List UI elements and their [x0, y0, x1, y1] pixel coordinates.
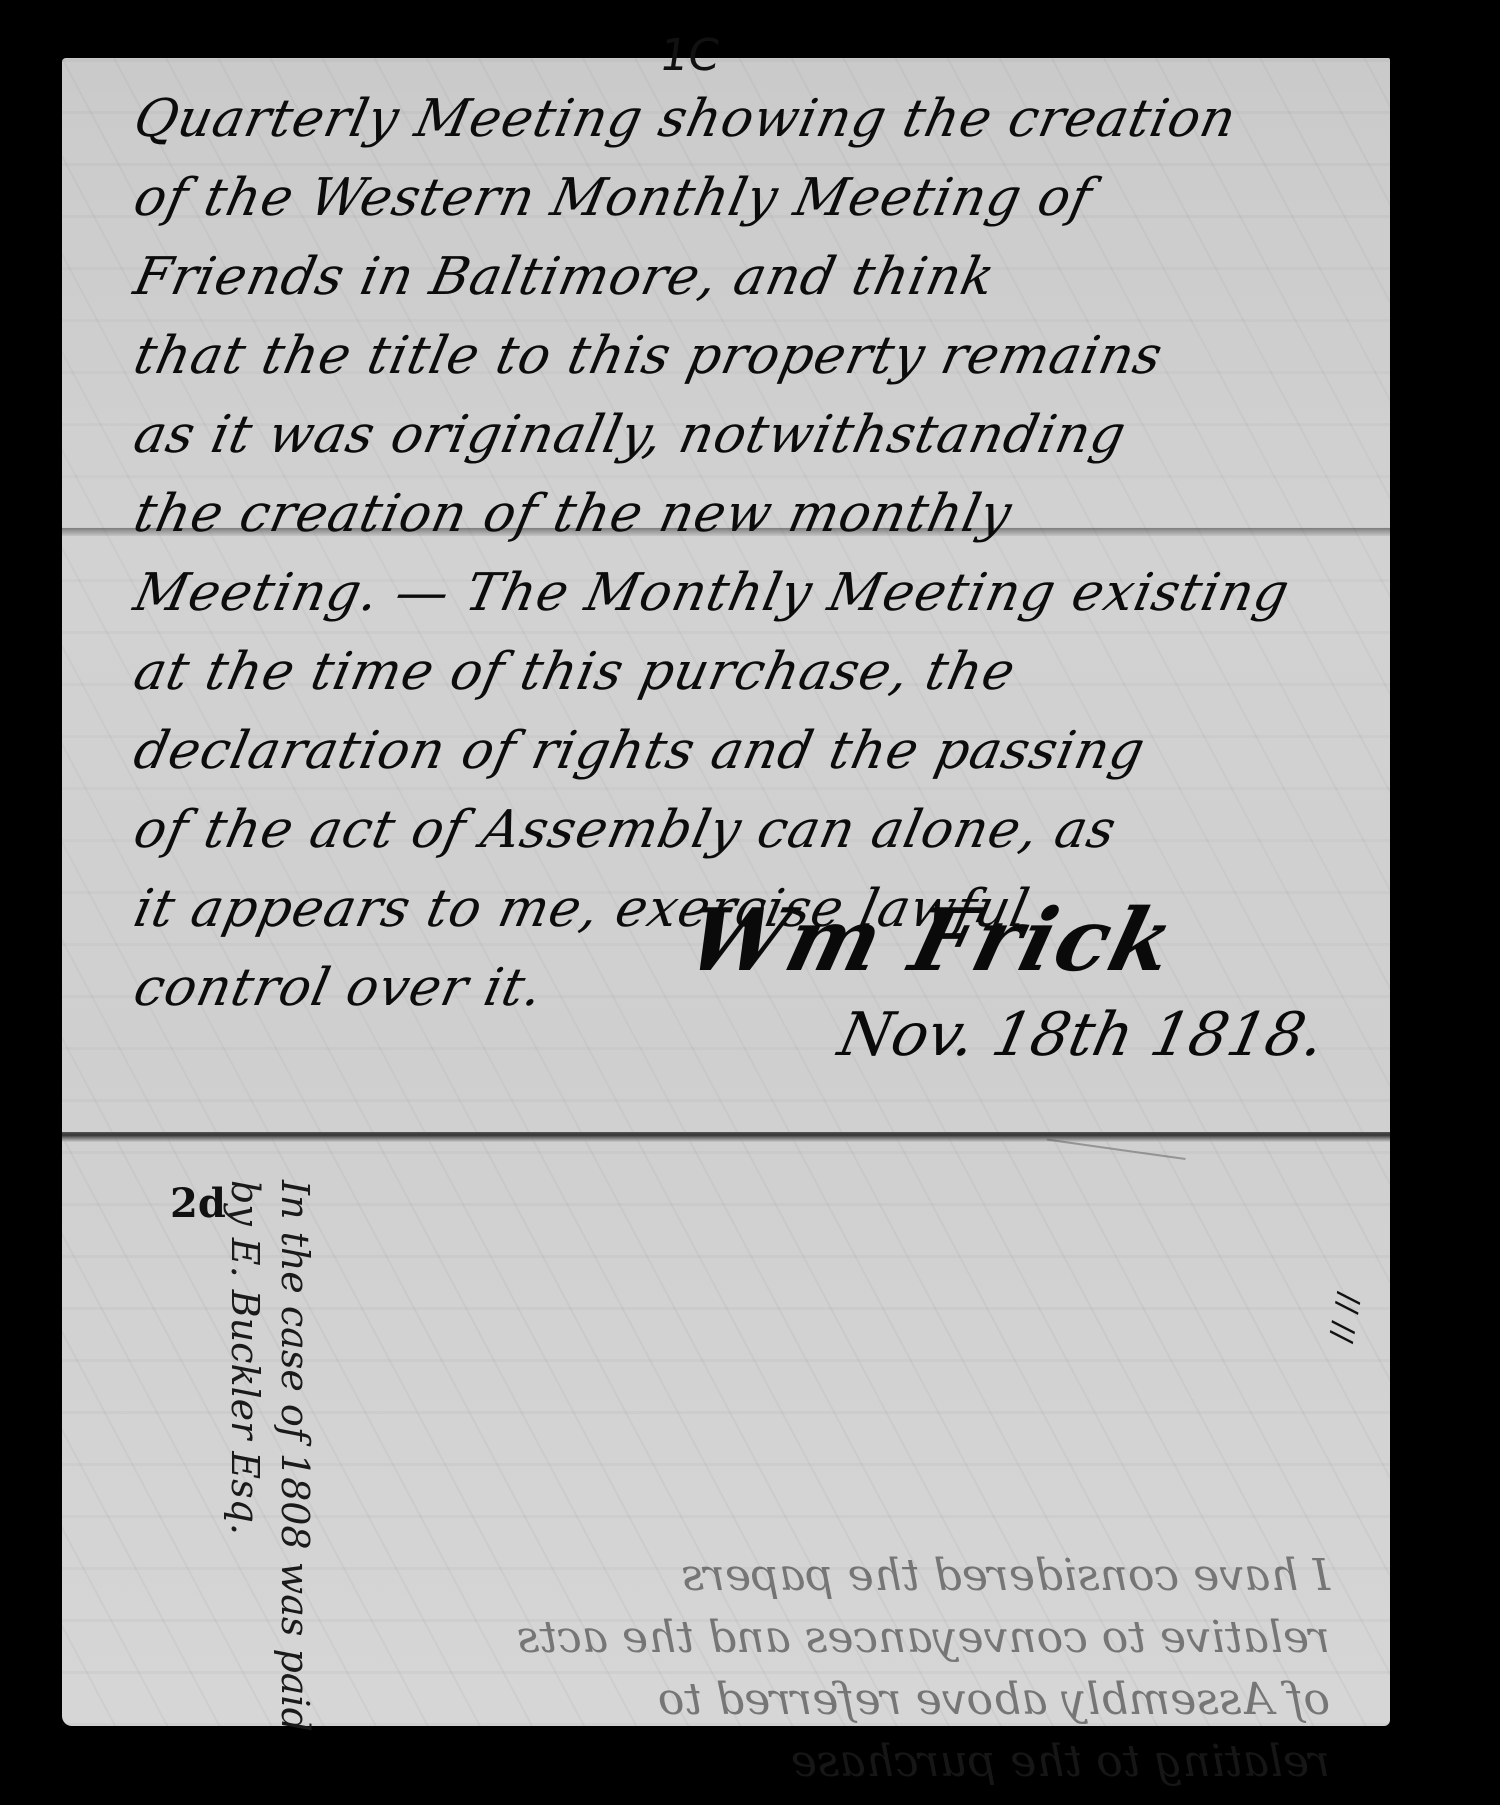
- bleed-line: I have considered the papers: [470, 1545, 1330, 1607]
- fold-crease: [62, 1132, 1390, 1142]
- letter-body: Quarterly Meeting showing the creation o…: [135, 80, 1315, 1028]
- folio-mark: 1C: [656, 30, 722, 81]
- bleed-line: of Assembly above referred to: [470, 1669, 1330, 1731]
- signature-date: Nov. 18th 1818.: [833, 1000, 1331, 1070]
- text-line: of the act of Assembly can alone, as: [127, 791, 1324, 870]
- text-line: Quarterly Meeting showing the creation: [127, 80, 1324, 159]
- endorsement-line: In the case of 1808 was paid: [270, 1180, 320, 1700]
- text-line: at the time of this purchase, the: [127, 633, 1324, 712]
- text-line: as it was originally, notwithstanding: [127, 396, 1324, 475]
- text-line: that the title to this property remains: [127, 317, 1324, 396]
- text-line: of the Western Monthly Meeting of: [127, 159, 1324, 238]
- bleed-line: relating to the purchase: [470, 1731, 1330, 1793]
- text-line: the creation of the new monthly: [127, 475, 1324, 554]
- paper-crack: [1038, 1139, 1185, 1220]
- text-line: Friends in Baltimore, and think: [127, 238, 1324, 317]
- text-line: Meeting. — The Monthly Meeting existing: [127, 554, 1324, 633]
- signature: Wm Frick: [677, 890, 1185, 991]
- endorsement: In the case of 1808 was paid by E. Buckl…: [170, 1180, 320, 1700]
- bleed-line: relative to conveyances and the acts: [470, 1607, 1330, 1669]
- bleed-through-text: I have considered the papers relative to…: [470, 1545, 1330, 1793]
- text-line: declaration of rights and the passing: [127, 712, 1324, 791]
- endorsement-line: by E. Buckler Esq.: [220, 1180, 270, 1700]
